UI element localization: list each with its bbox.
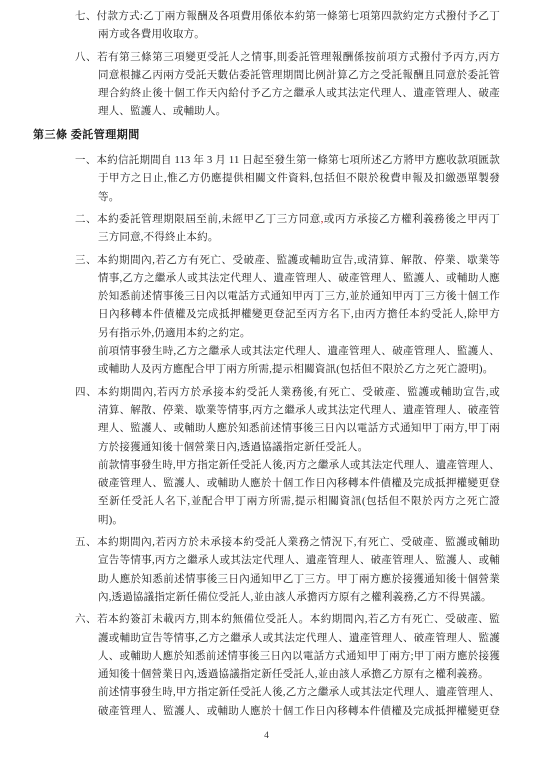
clause-number: 一、 <box>75 155 96 166</box>
clause-group-leading: 七、付款方式:乙丁兩方報酬及各項費用係依本約第一條第七項第四款約定方式撥付予乙丁… <box>75 8 500 122</box>
text-line: 護或輔助宣告等情事,乙方之繼承人或其法定代理人、遺產管理人、破產管理人、監護 <box>75 630 500 648</box>
line-text: 通知後十個營業日內,透過協議指定新任受託人,並由該人承擔乙方原有之權利義務。 <box>98 669 489 680</box>
clause-number: 六、 <box>75 614 97 625</box>
line-text: 或丙方承接乙方權利義務後之甲丙丁 <box>324 214 500 225</box>
clause-number: 七、 <box>75 11 97 22</box>
text-line: 破產管理人、監護人、或輔助人應於十個工作日內移轉本件債權及完成抵押權變更登記 <box>75 703 500 721</box>
line-text: 人、或輔助人應於知悉前述情事後三日內以電話方式通知甲丁兩方;甲丁兩方應於接獲 <box>98 651 500 662</box>
clause-number: 四、 <box>75 387 97 398</box>
text-line: 二、本約委託管理期限屆至前,未經甲乙丁三方同意,或丙方承接乙方權利義務後之甲丙丁 <box>75 211 500 229</box>
line-text: 本約期間內,若丙方於未承接本約受託人業務之情況下,有死亡、受破產、監護或輔助 <box>97 537 500 548</box>
line-text: 於知悉前述情事後三日內以電話方式通知甲丙丁三方,並於通知甲丙丁三方後十個工作 <box>98 291 500 302</box>
line-text: 日內移轉本件債權及完成抵押權變更登記至丙方名下,由丙方擔任本約受託人,除甲方 <box>98 309 500 320</box>
contract-clause: 五、本約期間內,若丙方於未承接本約受託人業務之情況下,有死亡、受破產、監護或輔助… <box>75 534 500 607</box>
clause-number: 五、 <box>75 537 97 548</box>
contract-clause: 七、付款方式:乙丁兩方報酬及各項費用係依本約第一條第七項第四款約定方式撥付予乙丁… <box>75 8 500 45</box>
text-line: 於知悉前述情事後三日內以電話方式通知甲丙丁三方,並於通知甲丙丁三方後十個工作 <box>75 288 500 306</box>
text-line: 八、若有第三條第三項變更受託人之情事,則委託管理報酬係按前項方式撥付予丙方,丙方 <box>75 49 500 67</box>
line-text: 理人、監護人、或輔助人。 <box>98 106 226 117</box>
contract-clause: 四、本約期間內,若丙方於承接本約受託人業務後,有死亡、受破產、監護或輔助宣告,或… <box>75 384 500 530</box>
text-line: 前款情事發生時,甲方指定新任受託人後,丙方之繼承人或其法定代理人、遺產管理人、 <box>75 457 500 475</box>
clause-number: 二、 <box>75 214 97 225</box>
text-line: 同意根據乙丙兩方受託天數佔委託管理期間比例計算乙方之受託報酬且同意於委託管 <box>75 67 500 85</box>
line-text: 兩方或各費用收取方。 <box>98 29 205 40</box>
line-text: 本約期間內,若乙方有死亡、受破產、監護或輔助宣告,或清算、解散、停業、歇業等 <box>97 255 500 266</box>
line-text: 前項情事發生時,乙方之繼承人或其法定代理人、遺產管理人、破產管理人、監護人、 <box>98 346 500 357</box>
line-text: 方於接獲通知後十個營業日內,透過協議指定新任受託人。 <box>98 442 368 453</box>
text-line: 日內移轉本件債權及完成抵押權變更登記至丙方名下,由丙方擔任本約受託人,除甲方 <box>75 306 500 324</box>
text-line: 另有指示外,仍適用本約之約定。 <box>75 325 500 343</box>
text-line: 助人應於知悉前述情事後三日內通知甲乙丁三方。甲丁兩方應於接獲通知後十個營業日 <box>75 571 500 589</box>
text-line: 六、若本約簽訂未載丙方,則本約無備位受託人。本約期間內,若乙方有死亡、受破產、監 <box>75 611 500 629</box>
text-line: 方於接獲通知後十個營業日內,透過協議指定新任受託人。 <box>75 439 500 457</box>
line-text: 于甲方之日止,惟乙方仍應提供相關文件資料,包括但不限於稅費申報及扣繳憑單製發 <box>98 173 500 184</box>
line-text: 內,透過協議指定新任備位受託人,並由該人承擔丙方原有之權利義務,乙方不得異議。 <box>98 592 492 603</box>
line-text: 本約委託管理期限屆至前,未經甲乙丁三方同意 <box>97 214 321 225</box>
clause-number: 三、 <box>75 255 97 266</box>
line-text: 理人、監護人、或輔助人應於知悉前述情事後三日內以電話方式通知甲丁兩方,甲丁兩 <box>98 423 500 434</box>
clause-group-section-three: 一、本約信託期間自 113 年 3 月 11 日起至發生第一條第七項所述乙方將甲… <box>75 152 500 721</box>
contract-clause: 八、若有第三條第三項變更受託人之情事,則委託管理報酬係按前項方式撥付予丙方,丙方… <box>75 49 500 122</box>
section-heading: 第三條 委託管理期間 <box>33 126 500 144</box>
line-text: 情事,乙方之繼承人或其法定代理人、遺產管理人、破產管理人、監護人、或輔助人應 <box>98 273 500 284</box>
text-line: 破產管理人、監護人、或輔助人應於十個工作日內移轉本件債權及完成抵押權變更登記 <box>75 475 500 493</box>
text-line: 于甲方之日止,惟乙方仍應提供相關文件資料,包括但不限於稅費申報及扣繳憑單製發 <box>75 170 500 188</box>
page-number: 4 <box>0 731 533 741</box>
line-text: 理合約終止後十個工作天內給付予乙方之繼承人或其法定代理人、遺產管理人、破產管 <box>98 88 500 103</box>
document-page: 七、付款方式:乙丁兩方報酬及各項費用係依本約第一條第七項第四款約定方式撥付予乙丁… <box>0 0 533 769</box>
text-line: 一、本約信託期間自 113 年 3 月 11 日起至發生第一條第七項所述乙方將甲… <box>75 152 500 170</box>
line-text: 宣告等情事,丙方之繼承人或其法定代理人、遺產管理人、破產管理人、監護人、或輔 <box>98 555 500 566</box>
text-line: 三、本約期間內,若乙方有死亡、受破產、監護或輔助宣告,或清算、解散、停業、歇業等 <box>75 252 500 270</box>
text-line: 七、付款方式:乙丁兩方報酬及各項費用係依本約第一條第七項第四款約定方式撥付予乙丁 <box>75 8 500 26</box>
line-text: 前款情事發生時,甲方指定新任受託人後,丙方之繼承人或其法定代理人、遺產管理人、 <box>98 460 500 471</box>
text-line: 五、本約期間內,若丙方於未承接本約受託人業務之情況下,有死亡、受破產、監護或輔助 <box>75 534 500 552</box>
text-line: 理人、監護人、或輔助人。 <box>75 103 500 121</box>
text-line: 三方同意,不得終止本約。 <box>75 229 500 247</box>
line-text: 等。 <box>98 192 119 203</box>
line-text: 破產管理人、監護人、或輔助人應於十個工作日內移轉本件債權及完成抵押權變更登記 <box>98 706 500 721</box>
text-line: 宣告等情事,丙方之繼承人或其法定代理人、遺產管理人、破產管理人、監護人、或輔 <box>75 552 500 570</box>
contract-clause: 一、本約信託期間自 113 年 3 月 11 日起至發生第一條第七項所述乙方將甲… <box>75 152 500 207</box>
text-line: 前述情事發生時,甲方指定新任受託人後,乙方之繼承人或其法定代理人、遺產管理人、 <box>75 684 500 702</box>
text-line: 通知後十個營業日內,透過協議指定新任受託人,並由該人承擔乙方原有之權利義務。 <box>75 666 500 684</box>
contract-clause: 六、若本約簽訂未載丙方,則本約無備位受託人。本約期間內,若乙方有死亡、受破產、監… <box>75 611 500 721</box>
text-line: 前項情事發生時,乙方之繼承人或其法定代理人、遺產管理人、破產管理人、監護人、 <box>75 343 500 361</box>
text-line: 等。 <box>75 189 500 207</box>
line-text: 護或輔助宣告等情事,乙方之繼承人或其法定代理人、遺產管理人、破產管理人、監護 <box>98 633 500 644</box>
text-line: 四、本約期間內,若丙方於承接本約受託人業務後,有死亡、受破產、監護或輔助宣告,或 <box>75 384 500 402</box>
line-text: 本約期間內,若丙方於承接本約受託人業務後,有死亡、受破產、監護或輔助宣告,或 <box>97 387 500 398</box>
text-line: 內,透過協議指定新任備位受託人,並由該人承擔丙方原有之權利義務,乙方不得異議。 <box>75 589 500 607</box>
line-text: 或輔助人及丙方應配合甲丁兩方所需,提示相關資訊(包括但不限於乙方之死亡證明)。 <box>98 364 493 375</box>
text-line: 兩方或各費用收取方。 <box>75 26 500 44</box>
text-line: 理人、監護人、或輔助人應於知悉前述情事後三日內以電話方式通知甲丁兩方,甲丁兩 <box>75 420 500 438</box>
text-line: 或輔助人及丙方應配合甲丁兩方所需,提示相關資訊(包括但不限於乙方之死亡證明)。 <box>75 361 500 379</box>
line-text: 本約信託期間自 113 年 3 月 11 日起至發生第一條第七項所述乙方將甲方應… <box>96 155 500 166</box>
line-text: 同意根據乙丙兩方受託天數佔委託管理期間比例計算乙方之受託報酬且同意於委託管 <box>98 70 500 81</box>
line-text: 至新任受託人名下,並配合甲丁兩方所需,提示相關資訊(包括但不限於丙方之死亡證 <box>98 496 500 507</box>
text-line: 情事,乙方之繼承人或其法定代理人、遺產管理人、破產管理人、監護人、或輔助人應 <box>75 270 500 288</box>
contract-clause: 二、本約委託管理期限屆至前,未經甲乙丁三方同意,或丙方承接乙方權利義務後之甲丙丁… <box>75 211 500 248</box>
line-text: 付款方式:乙丁兩方報酬及各項費用係依本約第一條第七項第四款約定方式撥付予乙丁 <box>97 11 500 22</box>
contract-body: 七、付款方式:乙丁兩方報酬及各項費用係依本約第一條第七項第四款約定方式撥付予乙丁… <box>75 8 500 725</box>
text-line: 理合約終止後十個工作天內給付予乙方之繼承人或其法定代理人、遺產管理人、破產管 <box>75 85 500 103</box>
line-text: 前述情事發生時,甲方指定新任受託人後,乙方之繼承人或其法定代理人、遺產管理人、 <box>98 687 500 698</box>
clause-number: 八、 <box>75 52 97 63</box>
text-line: 至新任受託人名下,並配合甲丁兩方所需,提示相關資訊(包括但不限於丙方之死亡證 <box>75 493 500 511</box>
line-text: 若本約簽訂未載丙方,則本約無備位受託人。本約期間內,若乙方有死亡、受破產、監 <box>97 614 500 625</box>
line-text: 助人應於知悉前述情事後三日內通知甲乙丁三方。甲丁兩方應於接獲通知後十個營業日 <box>98 574 500 589</box>
line-text: 明)。 <box>98 515 123 526</box>
text-line: 明)。 <box>75 512 500 530</box>
line-text: 清算、解散、停業、歇業等情事,丙方之繼承人或其法定代理人、遺產管理人、破產管 <box>98 405 500 416</box>
text-line: 人、或輔助人應於知悉前述情事後三日內以電話方式通知甲丁兩方;甲丁兩方應於接獲 <box>75 648 500 666</box>
contract-clause: 三、本約期間內,若乙方有死亡、受破產、監護或輔助宣告,或清算、解散、停業、歇業等… <box>75 252 500 380</box>
line-text: 另有指示外,仍適用本約之約定。 <box>98 328 251 339</box>
line-text: 破產管理人、監護人、或輔助人應於十個工作日內移轉本件債權及完成抵押權變更登記 <box>98 478 500 493</box>
line-text: 若有第三條第三項變更受託人之情事,則委託管理報酬係按前項方式撥付予丙方,丙方 <box>97 52 500 63</box>
line-text: 三方同意,不得終止本約。 <box>98 232 219 243</box>
text-line: 清算、解散、停業、歇業等情事,丙方之繼承人或其法定代理人、遺產管理人、破產管 <box>75 402 500 420</box>
